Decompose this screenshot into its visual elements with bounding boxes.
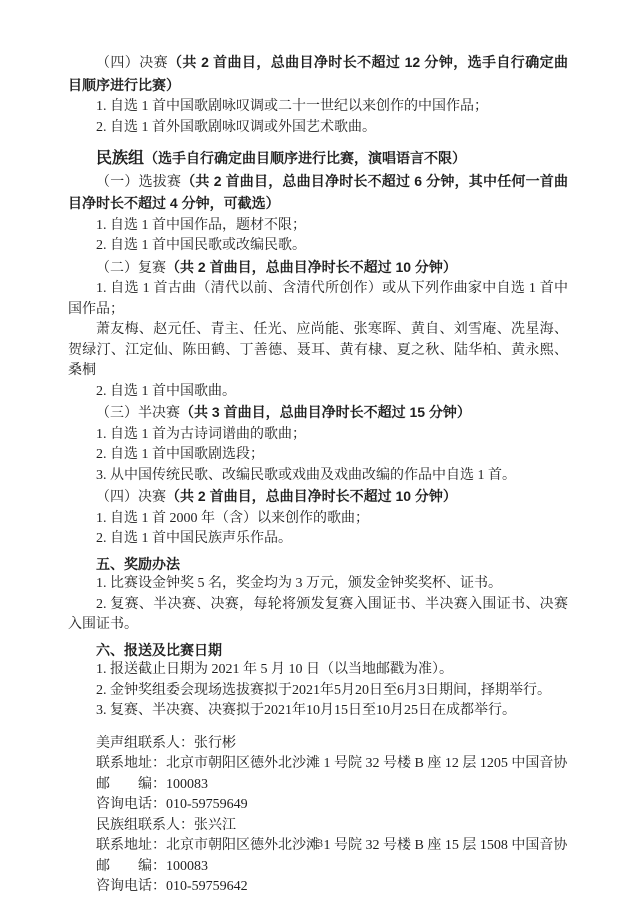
- list-item: 1. 报送截止日期为 2021 年 5 月 10 日（以当地邮戳为准）。: [68, 660, 568, 681]
- folk-group-heading: 民族组（选手自行确定曲目顺序进行比赛，演唱语言不限）: [68, 148, 568, 171]
- contact-line: 咨询电话：010-59759649: [68, 795, 568, 816]
- contact-line: 美声组联系人：张行彬: [68, 734, 568, 755]
- list-item: 1. 自选 1 首古曲（清代以前、含清代所创作）或从下列作曲家中自选 1 首中国…: [68, 279, 568, 320]
- folk-group-note: （选手自行确定曲目顺序进行比赛，演唱语言不限）: [144, 150, 466, 166]
- list-item: 3. 从中国传统民歌、改编民歌或戏曲及戏曲改编的作品中自选 1 首。: [68, 466, 568, 487]
- document-content: （四）决赛（共 2 首曲目，总曲目净时长不超过 12 分钟，选手自行确定曲目顺序…: [68, 52, 568, 898]
- schedule-heading: 六、报送及比赛日期: [68, 640, 568, 661]
- contact-line: 邮 编：100083: [68, 775, 568, 796]
- list-item: 2. 自选 1 首中国民歌或改编民歌。: [68, 236, 568, 257]
- folk-group-section: 民族组（选手自行确定曲目顺序进行比赛，演唱语言不限） （一）选拔赛（共 2 首曲…: [68, 148, 568, 550]
- round-note: （共 3 首曲目，总曲目净时长不超过 15 分钟）: [180, 404, 471, 420]
- awards-heading: 五、奖励办法: [68, 554, 568, 575]
- list-item: 1. 自选 1 首为古诗词谱曲的歌曲；: [68, 425, 568, 446]
- bel-canto-final-round-section: （四）决赛（共 2 首曲目，总曲目净时长不超过 12 分钟，选手自行确定曲目顺序…: [68, 52, 568, 138]
- round-label: （三）半决赛: [96, 406, 180, 421]
- composer-list: 萧友梅、赵元任、青主、任光、应尚能、张寒晖、黄自、刘雪庵、冼星海、贺绿汀、江定仙…: [68, 320, 568, 382]
- list-item: 2. 金钟奖组委会现场选拔赛拟于2021年5月20日至6月3日期间，择期举行。: [68, 681, 568, 702]
- awards-section: 五、奖励办法 1. 比赛设金钟奖 5 名，奖金均为 3 万元，颁发金钟奖奖杯、证…: [68, 554, 568, 636]
- list-item: 3. 复赛、半决赛、决赛拟于2021年10月15日至10月25日在成都举行。: [68, 701, 568, 722]
- contact-line: 邮 编：100083: [68, 857, 568, 878]
- list-item: 2. 自选 1 首中国民族声乐作品。: [68, 529, 568, 550]
- contact-line: 民族组联系人：张兴江: [68, 816, 568, 837]
- list-item: 2. 自选 1 首中国歌剧选段；: [68, 445, 568, 466]
- round-note: （共 2 首曲目，总曲目净时长不超过 10 分钟）: [166, 488, 457, 504]
- round-label: （二）复赛: [96, 261, 166, 276]
- list-item: 1. 自选 1 首中国歌剧咏叹调或二十一世纪以来创作的中国作品；: [68, 97, 568, 118]
- list-item: 2. 自选 1 首中国歌曲。: [68, 382, 568, 403]
- list-item: 2. 复赛、半决赛、决赛，每轮将颁发复赛入围证书、半决赛入围证书、决赛入围证书。: [68, 595, 568, 636]
- round-heading: （一）选拔赛（共 2 首曲目，总曲目净时长不超过 6 分钟，其中任何一首曲目净时…: [68, 171, 568, 216]
- document-page: （四）决赛（共 2 首曲目，总曲目净时长不超过 12 分钟，选手自行确定曲目顺序…: [0, 0, 640, 905]
- list-item: 1. 比赛设金钟奖 5 名，奖金均为 3 万元，颁发金钟奖奖杯、证书。: [68, 574, 568, 595]
- list-item: 2. 自选 1 首外国歌剧咏叹调或外国艺术歌曲。: [68, 118, 568, 139]
- round-label: （四）决赛: [96, 490, 166, 505]
- round-note: （共 2 首曲目，总曲目净时长不超过 10 分钟）: [166, 259, 457, 275]
- schedule-section: 六、报送及比赛日期 1. 报送截止日期为 2021 年 5 月 10 日（以当地…: [68, 640, 568, 722]
- round-heading: （三）半决赛（共 3 首曲目，总曲目净时长不超过 15 分钟）: [68, 402, 568, 425]
- round-heading: （二）复赛（共 2 首曲目，总曲目净时长不超过 10 分钟）: [68, 257, 568, 280]
- round-label: （四）决赛: [96, 56, 168, 71]
- round-heading: （四）决赛（共 2 首曲目，总曲目净时长不超过 12 分钟，选手自行确定曲目顺序…: [68, 52, 568, 97]
- contact-line: 咨询电话：010-59759642: [68, 877, 568, 898]
- page-number: 3: [0, 836, 640, 851]
- contact-line: 联系地址：北京市朝阳区德外北沙滩 1 号院 32 号楼 B 座 12 层 120…: [68, 754, 568, 775]
- contacts-section: 美声组联系人：张行彬 联系地址：北京市朝阳区德外北沙滩 1 号院 32 号楼 B…: [68, 734, 568, 898]
- list-item: 1. 自选 1 首中国作品，题材不限；: [68, 216, 568, 237]
- list-item: 1. 自选 1 首 2000 年（含）以来创作的歌曲；: [68, 509, 568, 530]
- round-heading: （四）决赛（共 2 首曲目，总曲目净时长不超过 10 分钟）: [68, 486, 568, 509]
- round-label: （一）选拔赛: [96, 175, 181, 190]
- folk-group-title: 民族组: [96, 150, 144, 167]
